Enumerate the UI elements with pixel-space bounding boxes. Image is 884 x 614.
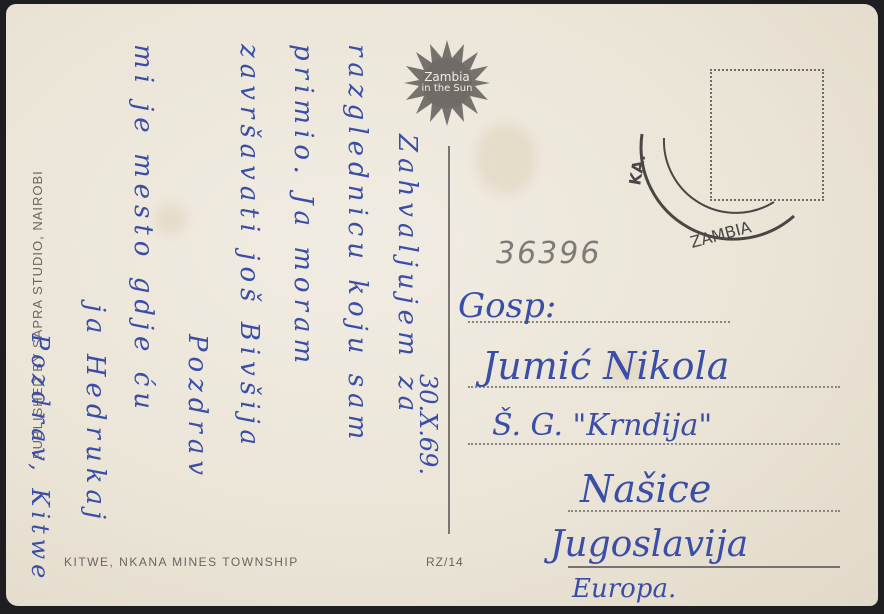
paper-stain	[476, 124, 536, 194]
message-column-1: Zahvaljujem za	[392, 134, 422, 417]
paper-stain	[156, 204, 186, 234]
address-salutation: Gosp:	[458, 286, 556, 326]
catalog-code: RZ/14	[426, 555, 464, 569]
message-column-3: primio. Ja moram	[288, 44, 318, 369]
address-line-5	[568, 566, 840, 568]
address-recipient-name: Jumić Nikola	[482, 344, 729, 388]
postmark-stamp: KA. ZAMBIA	[624, 104, 824, 264]
postcard-back: PUBLISHED BY SAPRA STUDIO, NAIROBI KITWE…	[6, 4, 878, 606]
address-country: Jugoslavija	[550, 524, 748, 565]
logo-text-line2: in the Sun	[422, 83, 473, 95]
sunburst-logo-icon: Zambia in the Sun	[402, 38, 492, 128]
message-column-6: mi je mesto gdje ću	[128, 44, 158, 415]
message-column-4: završavati još Bivšija	[234, 44, 264, 451]
photo-caption: KITWE, NKANA MINES TOWNSHIP	[64, 555, 299, 569]
address-line-3	[468, 443, 840, 445]
logo-text-line1: Zambia	[424, 71, 470, 83]
message-column-2: razglednicu koju sam	[342, 44, 372, 445]
message-column-8: Pozdrav, Kitwe	[26, 334, 54, 583]
center-divider	[448, 146, 450, 534]
postmark-text-bottom: ZAMBIA	[688, 217, 753, 252]
address-organization: Š. G. "Krndija"	[492, 408, 712, 443]
postmark-text-top: KA.	[625, 153, 649, 187]
pencil-reference-number: 36396	[496, 236, 601, 271]
address-city: Našice	[580, 467, 711, 511]
message-signoff: Pozdrav	[182, 334, 212, 481]
address-continent: Europa.	[572, 574, 676, 604]
message-column-7: ja Hedrukaj	[80, 304, 110, 525]
